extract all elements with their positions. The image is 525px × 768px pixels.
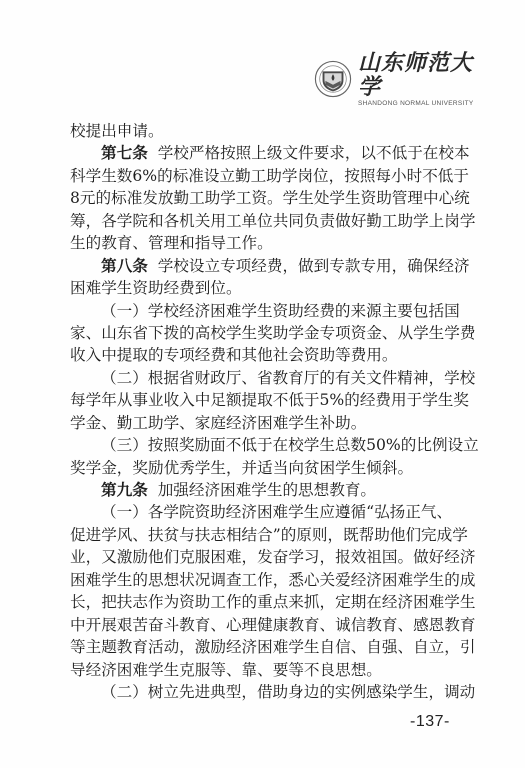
text-line: 筹，各学院和各机关用工单位共同负责做好勤工助学上岗学: [70, 210, 462, 232]
line-text: 8元的标准发放勤工助学工资。学生处学生资助管理中心统: [70, 189, 470, 207]
line-text: 学校严格按照上级文件要求，以不低于在校本: [148, 144, 470, 162]
text-line: 第八条 学校设立专项经费，做到专款专用，确保经济: [70, 255, 462, 277]
text-line: 8元的标准发放勤工助学工资。学生处学生资助管理中心统: [70, 187, 462, 209]
text-line: 每学年从事业收入中足额提取不低于5%的经费用于学生奖: [70, 389, 462, 411]
article-heading: 第八条: [101, 257, 148, 275]
text-line: 中开展艰苦奋斗教育、心理健康教育、诚信教育、感恩教育: [70, 614, 462, 636]
line-text: 业，又激励他们克服困难，发奋学习，报效祖国。做好经济: [70, 548, 475, 566]
line-text: 每学年从事业收入中足额提取不低于5%的经费用于学生奖: [70, 391, 469, 409]
text-line: （一）各学院资助经济困难学生应遵循“弘扬正气、: [70, 501, 462, 523]
text-line: 等主题教育活动，激励经济困难学生自信、自强、自立，引: [70, 636, 462, 658]
text-line: 促进学风、扶贫与扶志相结合”的原则，既帮助他们完成学: [70, 524, 462, 546]
text-line: 奖学金，奖励优秀学生，并适当向贫困学生倾斜。: [70, 457, 462, 479]
page-number: -137-: [410, 713, 450, 731]
line-text: 学金、勤工助学、家庭经济困难学生补助。: [70, 414, 366, 432]
text-line: 第七条 学校严格按照上级文件要求，以不低于在校本: [70, 142, 462, 164]
article-heading: 第九条: [101, 481, 148, 499]
text-line: 科学生数6%的标准设立勤工助学岗位，按照每小时不低于: [70, 165, 462, 187]
university-emblem-icon: [314, 60, 352, 98]
text-line: 导经济困难学生克服等、靠、要等不良思想。: [70, 659, 462, 681]
line-text: 等主题教育活动，激励经济困难学生自信、自强、自立，引: [70, 638, 475, 656]
document-page: 山东师范大学 SHANDONG NORMAL UNIVERSITY 校提出申请。…: [0, 0, 525, 768]
line-text: 学校设立专项经费，做到专款专用，确保经济: [148, 257, 470, 275]
text-line: 长，把扶志作为资助工作的重点来抓，定期在经济困难学生: [70, 591, 462, 613]
line-text: 导经济困难学生克服等、靠、要等不良思想。: [70, 661, 382, 679]
line-text: 生的教育、管理和指导工作。: [70, 234, 273, 252]
logo-english-name: SHANDONG NORMAL UNIVERSITY: [358, 99, 484, 108]
line-text: 中开展艰苦奋斗教育、心理健康教育、诚信教育、感恩教育: [70, 616, 475, 634]
text-line: 生的教育、管理和指导工作。: [70, 232, 462, 254]
logo-chinese-name: 山东师范大学: [358, 51, 484, 99]
text-line: 困难学生的思想状况调查工作，悉心关爱经济困难学生的成: [70, 569, 462, 591]
line-text: （二）树立先进典型，借助身边的实例感染学生，调动: [101, 683, 475, 701]
line-text: 校提出申请。: [70, 122, 164, 140]
line-text: 长，把扶志作为资助工作的重点来抓，定期在经济困难学生: [70, 593, 475, 611]
text-line: 校提出申请。: [70, 120, 462, 142]
text-line: 家、山东省下拨的高校学生奖助学金专项资金、从学生学费: [70, 322, 462, 344]
body-text: 校提出申请。第七条 学校严格按照上级文件要求，以不低于在校本科学生数6%的标准设…: [70, 120, 462, 703]
line-text: 奖学金，奖励优秀学生，并适当向贫困学生倾斜。: [70, 459, 413, 477]
line-text: 促进学风、扶贫与扶志相结合”的原则，既帮助他们完成学: [70, 526, 468, 544]
line-text: （一）学校经济困难学生资助经费的来源主要包括国: [101, 302, 460, 320]
text-line: 学金、勤工助学、家庭经济困难学生补助。: [70, 412, 462, 434]
line-text: 筹，各学院和各机关用工单位共同负责做好勤工助学上岗学: [70, 212, 475, 230]
text-line: （一）学校经济困难学生资助经费的来源主要包括国: [70, 300, 462, 322]
line-text: 收入中提取的专项经费和其他社会资助等费用。: [70, 346, 397, 364]
line-text: 困难学生的思想状况调查工作，悉心关爱经济困难学生的成: [70, 571, 475, 589]
text-line: （二）根据省财政厅、省教育厅的有关文件精神，学校: [70, 367, 462, 389]
text-line: 业，又激励他们克服困难，发奋学习，报效祖国。做好经济: [70, 546, 462, 568]
article-heading: 第七条: [101, 144, 148, 162]
line-text: （一）各学院资助经济困难学生应遵循“弘扬正气、: [101, 503, 452, 521]
line-text: （二）根据省财政厅、省教育厅的有关文件精神，学校: [101, 369, 475, 387]
line-text: 家、山东省下拨的高校学生奖助学金专项资金、从学生学费: [70, 324, 475, 342]
line-text: 困难学生资助经费到位。: [70, 279, 242, 297]
text-line: 困难学生资助经费到位。: [70, 277, 462, 299]
text-line: 第九条 加强经济困难学生的思想教育。: [70, 479, 462, 501]
text-line: 收入中提取的专项经费和其他社会资助等费用。: [70, 344, 462, 366]
line-text: （三）按照奖励面不低于在校学生总数50%的比例设立: [101, 436, 479, 454]
line-text: 科学生数6%的标准设立勤工助学岗位，按照每小时不低于: [70, 167, 469, 185]
line-text: 加强经济困难学生的思想教育。: [148, 481, 376, 499]
text-line: （二）树立先进典型，借助身边的实例感染学生，调动: [70, 681, 462, 703]
text-line: （三）按照奖励面不低于在校学生总数50%的比例设立: [70, 434, 462, 456]
university-logo: 山东师范大学 SHANDONG NORMAL UNIVERSITY: [314, 58, 484, 100]
